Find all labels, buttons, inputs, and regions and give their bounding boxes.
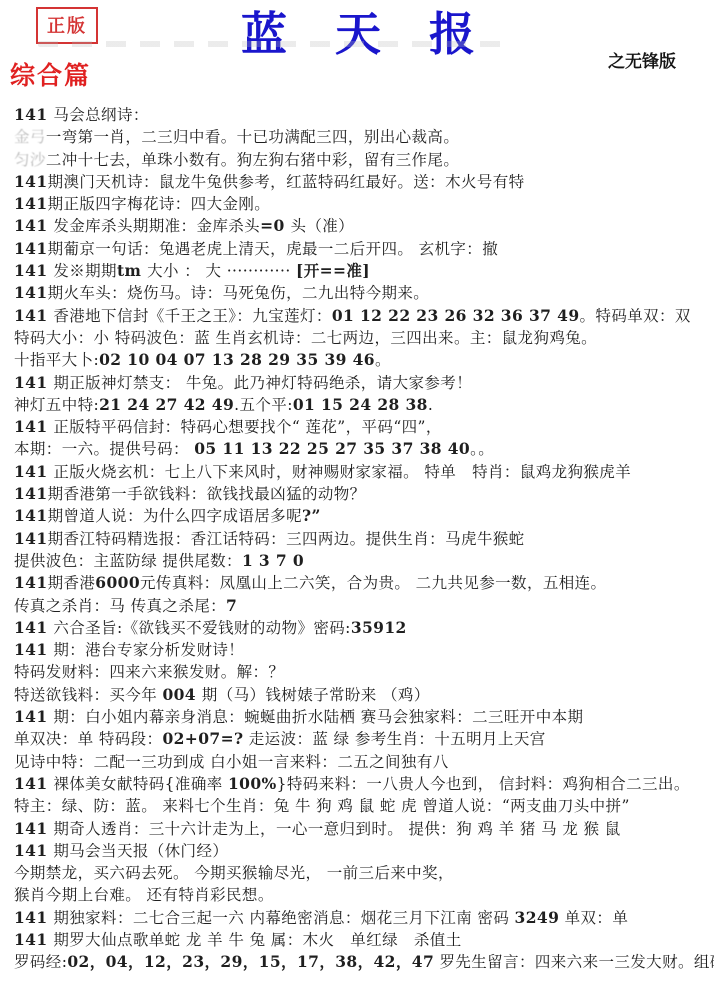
text-segment: 141 bbox=[14, 105, 53, 124]
report-line: 十指平大卜:02 10 04 07 13 28 29 35 39 46。 bbox=[14, 349, 714, 371]
text-segment: 期：港台专家分析发财诗！ bbox=[53, 641, 244, 659]
text-segment: 期火车头：烧伤马。诗：马死兔伤，二九出特今期来。 bbox=[48, 284, 430, 302]
report-line: 匀沙二冲十七去，单珠小数有。狗左狗右猪中彩，留有三作尾。 bbox=[14, 149, 714, 171]
text-segment: 141 bbox=[14, 506, 48, 525]
text-segment: 特码发财料：四来六来猴发财。解：？ bbox=[14, 663, 284, 681]
text-segment: 141 bbox=[14, 819, 53, 838]
report-line: 141期香港6000元传真料：凤凰山上二六笑，合为贵。 二九共见参一数，五相连。 bbox=[14, 572, 714, 594]
header: 正版 蓝 天 报 之无锋版 综合篇 bbox=[0, 0, 716, 104]
report-line: 141 发※期期tm 大小 ： 大 ············ [开==准] bbox=[14, 260, 714, 282]
text-segment: 见诗中特：二配一三功到成 白小姐一言来料：二五之间独有八 bbox=[14, 753, 449, 771]
text-segment: =0 bbox=[260, 216, 290, 235]
text-segment: }特码来料：一八贵人今也到， 信封料：鸡狗相合二三出。 bbox=[277, 775, 690, 793]
text-segment: 裸体美女献特码{准确率 bbox=[53, 775, 228, 793]
text-segment: 02，04，12，23，29，15，17，38，42，47 bbox=[67, 952, 434, 971]
report-line: 单双决：单 特码段：02+07=? 走运波：蓝 绿 参考生肖：十五明月上天宫 bbox=[14, 728, 714, 750]
report-line: 141期曾道人说：为什么四字成语居多呢?” bbox=[14, 505, 714, 527]
text-segment: 141 bbox=[14, 306, 53, 325]
text-segment: 期独家料：二七合三起一六 内幕绝密消息：烟花三月下江南 密码 bbox=[53, 909, 514, 927]
text-segment: 141 bbox=[14, 373, 53, 392]
text-segment: 六合圣旨:《欲钱买不爱钱财的动物》密码: bbox=[53, 619, 350, 637]
text-segment: 1 3 7 0 bbox=[242, 551, 304, 570]
text-segment: 期香港第一手欲钱料：欲钱找最凶猛的动物？ bbox=[48, 485, 366, 503]
text-segment: 141 bbox=[14, 216, 53, 235]
text-segment: 发金库杀头期期准：金库杀头 bbox=[53, 217, 260, 235]
text-segment: 141 bbox=[14, 640, 53, 659]
text-segment: 特主：绿、防：蓝。 来料七个生肖：兔 牛 狗 鸡 鼠 蛇 虎 曾道人说：“两支曲… bbox=[14, 797, 630, 815]
text-segment: 141 bbox=[14, 529, 48, 548]
text-segment: 141 bbox=[14, 283, 48, 302]
text-segment: 期香港 bbox=[48, 574, 96, 592]
text-segment: 走运波：蓝 绿 参考生肖：十五明月上天宫 bbox=[243, 730, 545, 748]
text-segment: 传真之杀肖：马 传真之杀尾： bbox=[14, 597, 226, 615]
report-line: 141 期独家料：二七合三起一六 内幕绝密消息：烟花三月下江南 密码 3249 … bbox=[14, 907, 714, 929]
text-segment: 100% bbox=[228, 774, 277, 793]
text-segment: 期罗大仙点歌单蛇 龙 羊 牛 兔 属：木火 单红绿 杀值土 bbox=[53, 931, 461, 949]
report-line: 141 正版火烧玄机：七上八下来风时，财神赐财家家福。 特单 特肖：鼠鸡龙狗猴虎… bbox=[14, 461, 714, 483]
text-segment: 21 24 27 42 49 bbox=[99, 395, 234, 414]
text-segment: 141 bbox=[14, 774, 53, 793]
report-line: 见诗中特：二配一三功到成 白小姐一言来料：二五之间独有八 bbox=[14, 751, 714, 773]
section-title: 综合篇 bbox=[10, 56, 91, 92]
text-segment: 141 bbox=[14, 930, 53, 949]
report-line: 141期香江特码精选报：香江话特码：三四两边。提供生肖：马虎牛猴蛇 bbox=[14, 528, 714, 550]
text-segment: 141 bbox=[14, 618, 53, 637]
text-segment: 金弓 bbox=[14, 128, 46, 146]
report-line: 本期：一六。提供号码： 05 11 13 22 25 27 35 37 38 4… bbox=[14, 438, 714, 460]
text-segment: 本期：一六。提供号码： bbox=[14, 440, 194, 458]
report-line: 141 期罗大仙点歌单蛇 龙 羊 牛 兔 属：木火 单红绿 杀值土 bbox=[14, 929, 714, 951]
text-segment: 特送欲钱料：买今年 bbox=[14, 686, 162, 704]
text-segment: 141 bbox=[14, 172, 48, 191]
text-segment: 02+07=? bbox=[162, 729, 243, 748]
report-line: 141 期：港台专家分析发财诗！ bbox=[14, 639, 714, 661]
text-segment: 01 12 22 23 26 32 36 37 49 bbox=[332, 306, 580, 325]
text-segment: 7 bbox=[226, 596, 237, 615]
report-line: 141 期正版神灯禁支： 牛兔。此乃神灯特码绝杀，请大家参考！ bbox=[14, 372, 714, 394]
report-line: 141期火车头：烧伤马。诗：马死兔伤，二九出特今期来。 bbox=[14, 282, 714, 304]
text-segment: 6000 bbox=[95, 573, 140, 592]
text-segment: 141 bbox=[14, 484, 48, 503]
report-line: 金弓一弯第一肖，二三归中看。十已功满配三四，别出心裁高。 bbox=[14, 126, 714, 148]
text-segment: 一弯第一肖，二三归中看。十已功满配三四，别出心裁高。 bbox=[46, 128, 459, 146]
report-line: 罗码经:02，04，12，23，29，15，17，38，42，47 罗先生留言：… bbox=[14, 951, 714, 973]
report-line: 猴肖今期上台难。 还有特肖彩民想。 bbox=[14, 884, 714, 906]
text-segment: 02 10 04 07 13 28 29 35 39 46 bbox=[99, 350, 375, 369]
report-line: 141期正版四字梅花诗：四大金刚。 bbox=[14, 193, 714, 215]
text-segment: 大小 ： 大 ············ bbox=[147, 262, 296, 280]
report-line: 141 期马会当天报（休门经） bbox=[14, 840, 714, 862]
text-segment: 发※期期 bbox=[53, 262, 117, 280]
text-segment: 马会总纲诗： bbox=[53, 106, 148, 124]
text-segment: 期马会当天报（休门经） bbox=[53, 842, 228, 860]
text-segment: 。。 bbox=[470, 440, 494, 458]
report-line: 141 期奇人透肖：三十六计走为上，一心一意归到时。 提供：狗 鸡 羊 猪 马 … bbox=[14, 818, 714, 840]
text-segment: 头（准） bbox=[290, 217, 354, 235]
report-line: 141 香港地下信封《千王之王》：九宝莲灯：01 12 22 23 26 32 … bbox=[14, 305, 714, 327]
text-segment: 35912 bbox=[351, 618, 407, 637]
report-line: 141 期：白小姐内幕亲身消息：蜿蜒曲折水陆栖 赛马会独家料：二三旺开中本期 bbox=[14, 706, 714, 728]
text-segment: 期：白小姐内幕亲身消息：蜿蜒曲折水陆栖 赛马会独家料：二三旺开中本期 bbox=[53, 708, 583, 726]
text-segment: 期葡京一句话：兔遇老虎上清天，虎最一二后开四。 玄机字：撤 bbox=[48, 240, 499, 258]
report-line: 神灯五中特:21 24 27 42 49.五个平:01 15 24 28 38. bbox=[14, 394, 714, 416]
text-segment: 单双：单 bbox=[559, 909, 628, 927]
text-segment: 提供波色：主蓝防绿 提供尾数： bbox=[14, 552, 242, 570]
report-line: 提供波色：主蓝防绿 提供尾数：1 3 7 0 bbox=[14, 550, 714, 572]
text-segment: 141 bbox=[14, 573, 48, 592]
text-segment: 正版火烧玄机：七上八下来风时，财神赐财家家福。 特单 特肖：鼠鸡龙狗猴虎羊 bbox=[53, 463, 631, 481]
report-line: 141 裸体美女献特码{准确率 100%}特码来料：一八贵人今也到， 信封料：鸡… bbox=[14, 773, 714, 795]
text-segment: 神灯五中特: bbox=[14, 396, 99, 414]
report-line: 141期澳门天机诗：鼠龙牛兔供参考，红蓝特码红最好。送：木火号有特 bbox=[14, 171, 714, 193]
report-line: 特码发财料：四来六来猴发财。解：？ bbox=[14, 661, 714, 683]
report-line: 141 马会总纲诗： bbox=[14, 104, 714, 126]
report-line: 141 发金库杀头期期准：金库杀头=0 头（准） bbox=[14, 215, 714, 237]
text-segment: 。 bbox=[375, 351, 391, 369]
report-line: 特码大小：小 特码波色：蓝 生肖玄机诗：二七两边，三四出来。主：鼠龙狗鸡兔。 bbox=[14, 327, 714, 349]
text-segment: 141 bbox=[14, 908, 53, 927]
text-segment: 二冲十七去，单珠小数有。狗左狗右猪中彩，留有三作尾。 bbox=[46, 151, 459, 169]
report-line: 传真之杀肖：马 传真之杀尾：7 bbox=[14, 595, 714, 617]
text-segment: 期正版神灯禁支： 牛兔。此乃神灯特码绝杀，请大家参考！ bbox=[53, 374, 472, 392]
text-segment: 004 bbox=[162, 685, 201, 704]
text-segment: 期香江特码精选报：香江话特码：三四两边。提供生肖：马虎牛猴蛇 bbox=[48, 530, 525, 548]
text-segment: 141 bbox=[14, 417, 53, 436]
text-segment: 特码大小：小 特码波色：蓝 生肖玄机诗：二七两边，三四出来。主：鼠龙狗鸡兔。 bbox=[14, 329, 597, 347]
text-segment: .五个平: bbox=[234, 396, 293, 414]
scan-artifact bbox=[38, 41, 508, 47]
text-segment: 。特码单双：双 bbox=[580, 307, 691, 325]
text-segment: tm bbox=[117, 261, 147, 280]
text-segment: 期奇人透肖：三十六计走为上，一心一意归到时。 提供：狗 鸡 羊 猪 马 龙 猴 … bbox=[53, 820, 620, 838]
text-segment: 今期禁龙，买六码去死。 今期买猴输尽光， 一前三后来中奖， bbox=[14, 864, 454, 882]
text-segment: 匀沙 bbox=[14, 151, 46, 169]
text-segment: 期澳门天机诗：鼠龙牛兔供参考，红蓝特码红最好。送：木火号有特 bbox=[48, 173, 525, 191]
text-segment: 期（马）钱树婊子常盼来 （鸡） bbox=[202, 686, 430, 704]
text-segment: 期正版四字梅花诗：四大金刚。 bbox=[48, 195, 271, 213]
report-line: 今期禁龙，买六码去死。 今期买猴输尽光， 一前三后来中奖， bbox=[14, 862, 714, 884]
text-segment: 正版特平码信封：特码心想要找个“ 莲花”，平码“四”， bbox=[53, 418, 441, 436]
report-line: 141期葡京一句话：兔遇老虎上清天，虎最一二后开四。 玄机字：撤 bbox=[14, 238, 714, 260]
text-segment: [开==准] bbox=[296, 261, 370, 280]
report-line: 特送欲钱料：买今年 004 期（马）钱树婊子常盼来 （鸡） bbox=[14, 684, 714, 706]
text-segment: 01 15 24 28 38 bbox=[293, 395, 428, 414]
text-segment: 猴肖今期上台难。 还有特肖彩民想。 bbox=[14, 886, 274, 904]
text-segment: 141 bbox=[14, 462, 53, 481]
report-line: 141 正版特平码信封：特码心想要找个“ 莲花”，平码“四”， bbox=[14, 416, 714, 438]
text-segment: 罗码经: bbox=[14, 953, 67, 971]
edition-label: 之无锋版 bbox=[608, 47, 676, 72]
report-line: 141 六合圣旨:《欲钱买不爱钱财的动物》密码:35912 bbox=[14, 617, 714, 639]
text-segment: 罗先生留言：四来六来一三发大财。组码 bbox=[434, 953, 714, 971]
text-segment: 141 bbox=[14, 841, 53, 860]
text-segment: 141 bbox=[14, 194, 48, 213]
text-segment: 十指平大卜: bbox=[14, 351, 99, 369]
text-segment: 141 bbox=[14, 261, 53, 280]
text-segment: . bbox=[428, 396, 433, 414]
text-segment: 3249 bbox=[515, 908, 560, 927]
text-segment: ?” bbox=[302, 506, 321, 525]
text-segment: 141 bbox=[14, 239, 48, 258]
text-segment: 香港地下信封《千王之王》：九宝莲灯： bbox=[53, 307, 331, 325]
text-segment: 单双决：单 特码段： bbox=[14, 730, 162, 748]
text-segment: 期曾道人说：为什么四字成语居多呢 bbox=[48, 507, 302, 525]
text-segment: 元传真料：凤凰山上二六笑，合为贵。 二九共见参一数，五相连。 bbox=[140, 574, 606, 592]
text-segment: 05 11 13 22 25 27 35 37 38 40 bbox=[194, 439, 470, 458]
text-segment: 141 bbox=[14, 707, 53, 726]
report-line: 特主：绿、防：蓝。 来料七个生肖：兔 牛 狗 鸡 鼠 蛇 虎 曾道人说：“两支曲… bbox=[14, 795, 714, 817]
page-root: 正版 蓝 天 报 之无锋版 综合篇 141 马会总纲诗： 金弓一弯第一肖，二三归… bbox=[0, 0, 716, 985]
report-line: 141期香港第一手欲钱料：欲钱找最凶猛的动物？ bbox=[14, 483, 714, 505]
report-body: 141 马会总纲诗： 金弓一弯第一肖，二三归中看。十已功满配三四，别出心裁高。 … bbox=[14, 104, 714, 974]
